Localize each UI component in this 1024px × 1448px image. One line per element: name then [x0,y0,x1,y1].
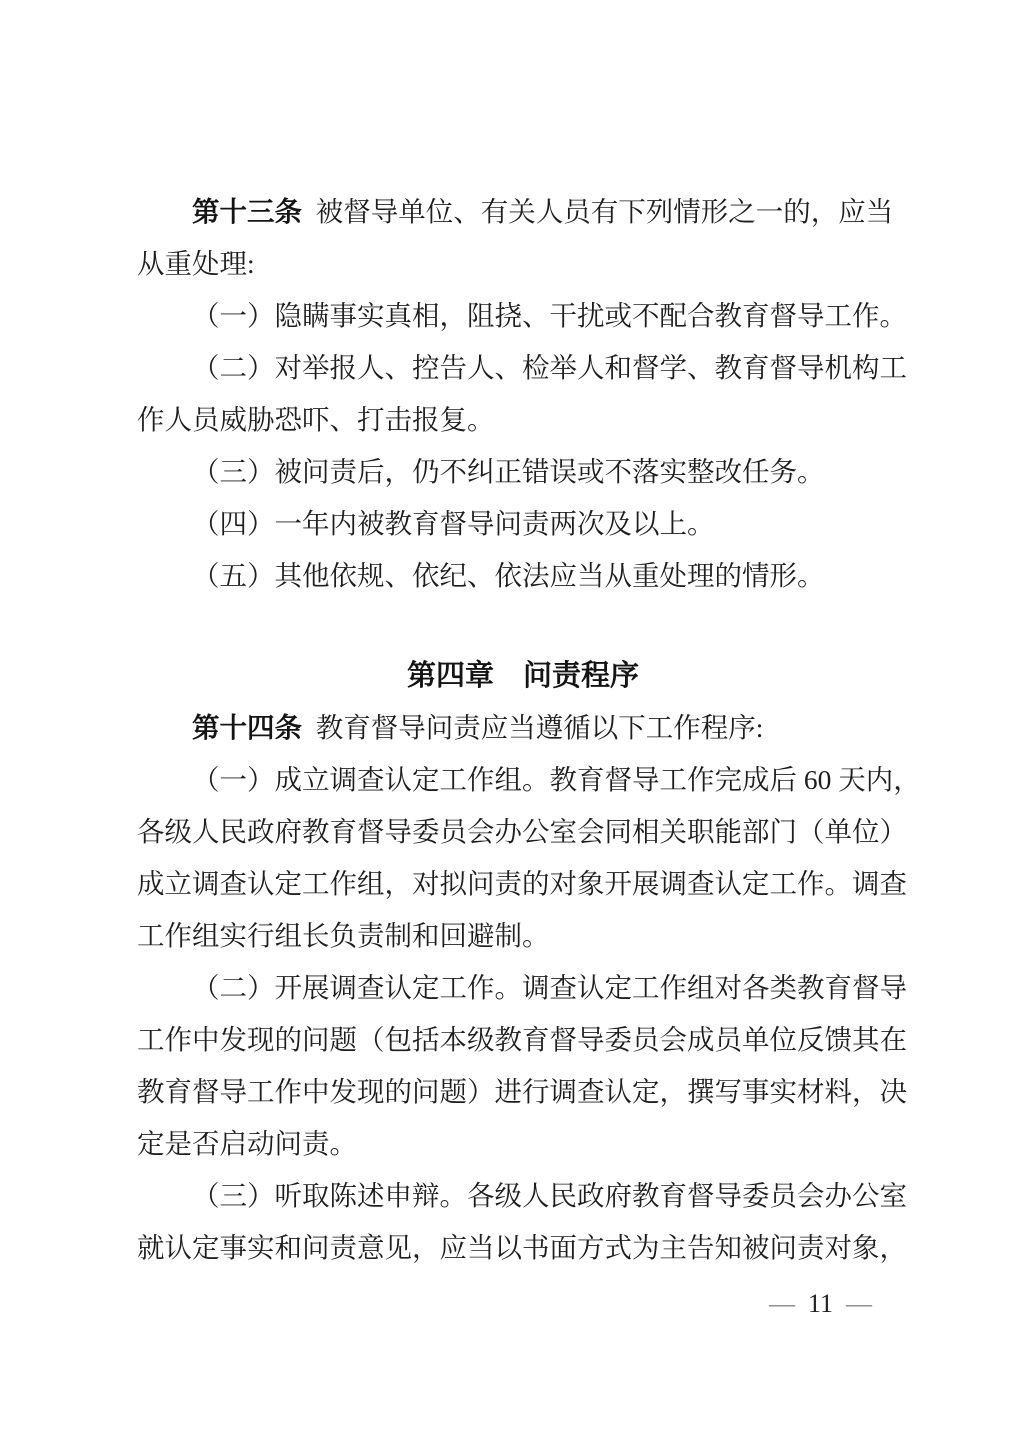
article-14-item-2-line-4: 定是否启动问责。 [137,1118,909,1170]
footer-dash-left: — [769,1288,795,1320]
chapter-4-heading: 第四章 问责程序 [137,650,909,702]
article-14-item-1-line-3: 成立调查认定工作组，对拟问责的对象开展调查认定工作。调查 [137,858,909,910]
article-13-item-1: （一）隐瞒事实真相，阻挠、干扰或不配合教育督导工作。 [137,290,909,342]
article-14-item-3-line-2: 就认定事实和问责意见，应当以书面方式为主告知被问责对象， [137,1222,909,1274]
article-14-item-1-line-4: 工作组实行组长负责制和回避制。 [137,910,909,962]
blank-line [137,602,909,650]
article-14-item-1-line-2: 各级人民政府教育督导委员会办公室会同相关职能部门（单位） [137,806,909,858]
article-14-opening-line: 第十四条教育督导问责应当遵循以下工作程序: [137,702,909,754]
article-13-item-2-line-1: （二）对举报人、控告人、检举人和督学、教育督导机构工 [137,342,909,394]
article-14-intro-text: 教育督导问责应当遵循以下工作程序: [316,712,764,743]
document-page: 第十三条被督导单位、有关人员有下列情形之一的，应当 从重处理: （一）隐瞒事实真… [0,0,1024,1448]
article-14-number: 第十四条 [192,712,302,743]
article-13-item-4: （四）一年内被教育督导问责两次及以上。 [137,498,909,550]
article-13-item-2-line-2: 作人员威胁恐吓、打击报复。 [137,394,909,446]
article-13-opening-line: 第十三条被督导单位、有关人员有下列情形之一的，应当 [137,186,909,238]
page-footer: — 11 — [769,1288,872,1320]
article-14-item-2-line-1: （二）开展调查认定工作。调查认定工作组对各类教育督导 [137,962,909,1014]
article-14-item-1-line-1: （一）成立调查认定工作组。教育督导工作完成后 60 天内， [137,754,909,806]
footer-dash-right: — [846,1288,872,1320]
page-number: 11 [808,1288,833,1320]
article-13-intro-continuation: 从重处理: [137,238,909,290]
article-13-intro-text: 被督导单位、有关人员有下列情形之一的，应当 [316,196,894,227]
article-13-item-5: （五）其他依规、依纪、依法应当从重处理的情形。 [137,550,909,602]
document-body: 第十三条被督导单位、有关人员有下列情形之一的，应当 从重处理: （一）隐瞒事实真… [137,186,909,1274]
article-13-number: 第十三条 [192,196,302,227]
article-14-item-2-line-2: 工作中发现的问题（包括本级教育督导委员会成员单位反馈其在 [137,1014,909,1066]
article-13-item-3: （三）被问责后，仍不纠正错误或不落实整改任务。 [137,446,909,498]
article-14-item-3-line-1: （三）听取陈述申辩。各级人民政府教育督导委员会办公室 [137,1170,909,1222]
article-14-item-2-line-3: 教育督导工作中发现的问题）进行调查认定，撰写事实材料，决 [137,1066,909,1118]
